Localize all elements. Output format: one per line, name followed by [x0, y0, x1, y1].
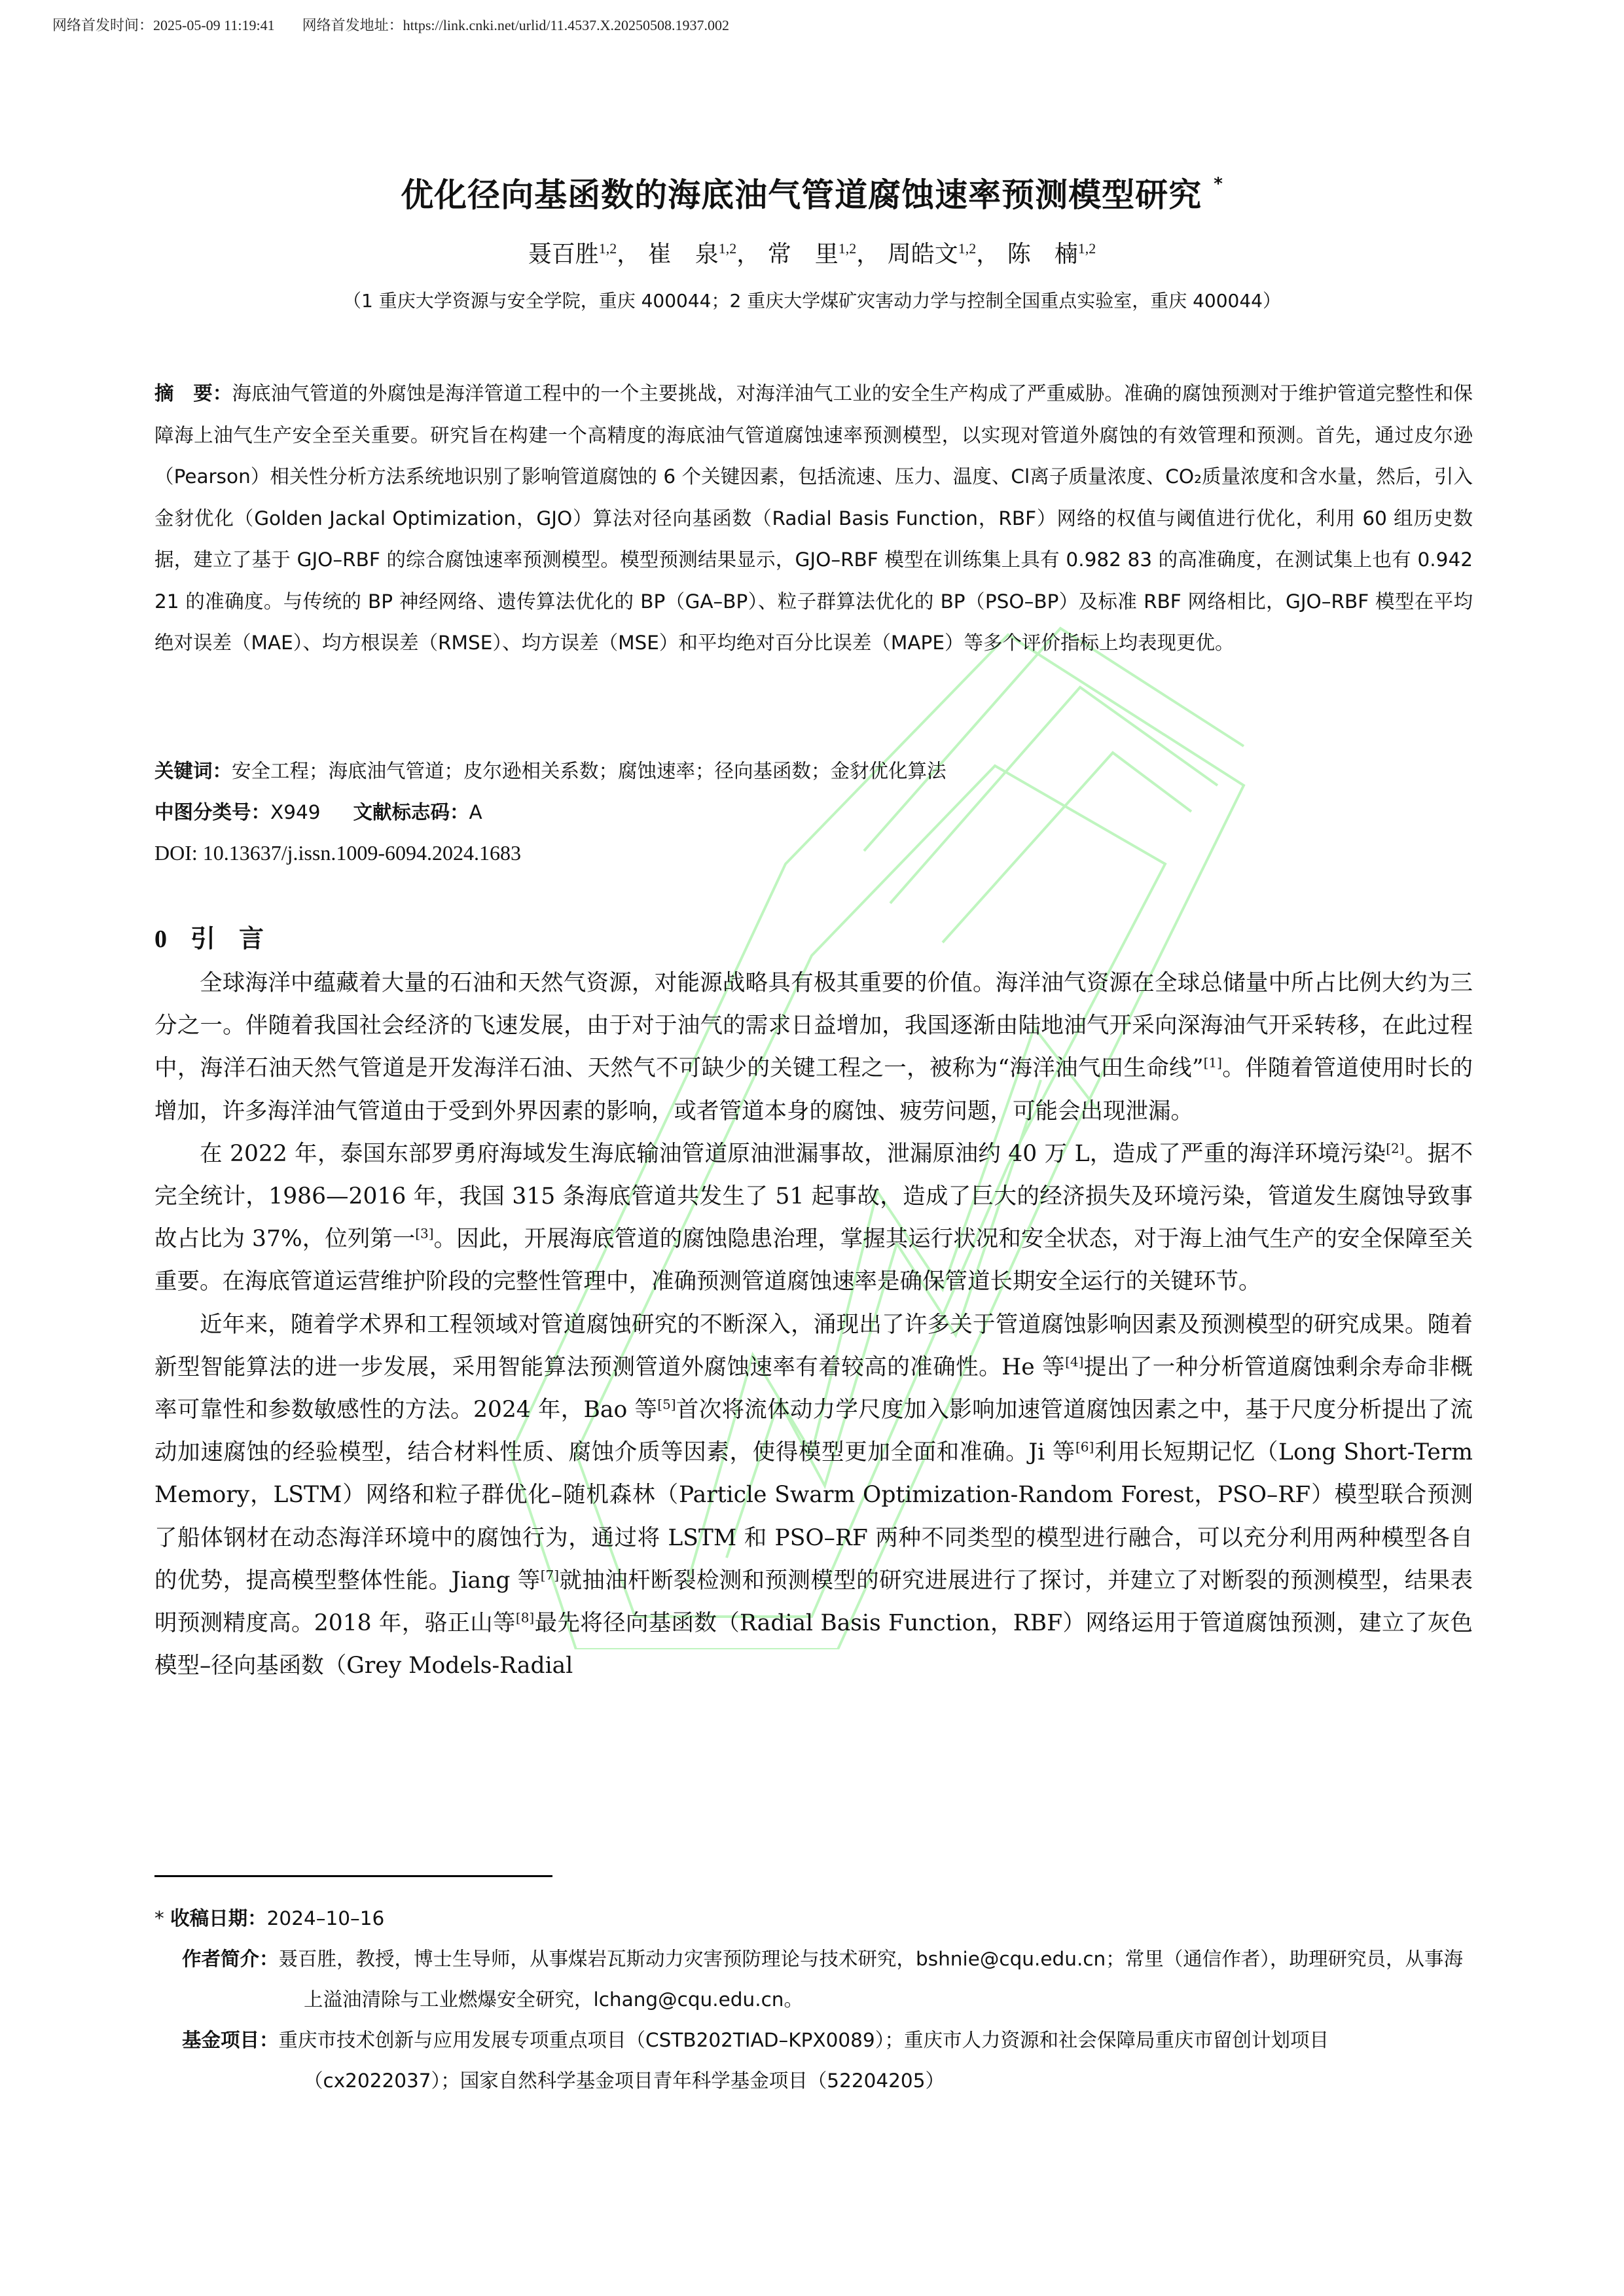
- funding: 基金项目：重庆市技术创新与应用发展专项重点项目（CSTB202TIAD–KPX0…: [154, 2020, 1473, 2101]
- doi[interactable]: DOI: 10.13637/j.issn.1009-6094.2024.1683: [154, 833, 1473, 874]
- clc-label: 中图分类号：: [154, 801, 270, 823]
- section-title: 引言: [190, 924, 287, 953]
- citation[interactable]: [5]: [657, 1397, 676, 1412]
- section-heading: 0引言: [154, 918, 287, 954]
- online-publication-header: 网络首发时间：2025-05-09 11:19:41网络首发地址：https:/…: [52, 14, 729, 35]
- citation[interactable]: [2]: [1386, 1140, 1404, 1156]
- title-text: 优化径向基函数的海底油气管道腐蚀速率预测模型研究: [401, 176, 1202, 214]
- author: 周皓文1,2: [888, 241, 977, 268]
- keywords-label: 关键词：: [154, 760, 232, 782]
- title-footnote-mark: *: [1214, 174, 1223, 194]
- online-time-label: 网络首发时间：: [52, 17, 153, 33]
- affiliations: （1 重庆大学资源与安全学院，重庆 400044；2 重庆大学煤矿灾害动力学与控…: [0, 287, 1624, 313]
- author: 常 里1,2: [768, 241, 857, 268]
- received-date: * 收稿日期：2024–10–16: [154, 1898, 1473, 1939]
- author-list: 聂百胜1,2， 崔 泉1,2， 常 里1,2， 周皓文1,2， 陈 楠1,2: [0, 236, 1624, 269]
- author-bio: 作者简介：聂百胜，教授，博士生导师，从事煤岩瓦斯动力灾害预防理论与技术研究，bs…: [154, 1939, 1473, 2020]
- online-url-value[interactable]: https://link.cnki.net/urlid/11.4537.X.20…: [403, 17, 729, 33]
- section-number: 0: [154, 925, 167, 953]
- doc-code-label: 文献标志码：: [353, 801, 469, 823]
- body-text: 全球海洋中蕴藏着大量的石油和天然气资源，对能源战略具有极其重要的价值。海洋油气资…: [154, 962, 1473, 1687]
- keywords-text: 安全工程；海底油气管道；皮尔逊相关系数；腐蚀速率；径向基函数；金豺优化算法: [232, 760, 947, 782]
- online-url-label: 网络首发地址：: [302, 17, 403, 33]
- classification: 中图分类号：X949文献标志码：A: [154, 792, 1473, 833]
- citation[interactable]: [8]: [516, 1610, 534, 1626]
- paragraph: 近年来，随着学术界和工程领域对管道腐蚀研究的不断深入，涌现出了许多关于管道腐蚀影…: [154, 1304, 1473, 1688]
- keywords: 关键词：安全工程；海底油气管道；皮尔逊相关系数；腐蚀速率；径向基函数；金豺优化算…: [154, 751, 1473, 792]
- author: 崔 泉1,2: [648, 241, 737, 268]
- author: 陈 楠1,2: [1007, 241, 1096, 268]
- paragraph: 全球海洋中蕴藏着大量的石油和天然气资源，对能源战略具有极其重要的价值。海洋油气资…: [154, 962, 1473, 1133]
- author: 聂百胜1,2: [528, 241, 617, 268]
- abstract: 摘 要：海底油气管道的外腐蚀是海洋管道工程中的一个主要挑战，对海洋油气工业的安全…: [154, 373, 1473, 664]
- clc-value: X949: [270, 801, 321, 823]
- citation[interactable]: [4]: [1065, 1354, 1083, 1369]
- citation[interactable]: [6]: [1075, 1439, 1094, 1455]
- citation[interactable]: [7]: [541, 1567, 559, 1583]
- online-time-value: 2025-05-09 11:19:41: [153, 17, 275, 33]
- citation[interactable]: [3]: [415, 1226, 433, 1242]
- citation[interactable]: [1]: [1204, 1055, 1222, 1071]
- footnotes: * 收稿日期：2024–10–16 作者简介：聂百胜，教授，博士生导师，从事煤岩…: [154, 1898, 1473, 2101]
- doc-code-value: A: [469, 801, 482, 823]
- abstract-label: 摘 要：: [154, 382, 232, 404]
- footnote-divider: [154, 1875, 552, 1877]
- paragraph: 在 2022 年，泰国东部罗勇府海域发生海底输油管道原油泄漏事故，泄漏原油约 4…: [154, 1133, 1473, 1304]
- abstract-text: 海底油气管道的外腐蚀是海洋管道工程中的一个主要挑战，对海洋油气工业的安全生产构成…: [154, 382, 1473, 654]
- paper-title: 优化径向基函数的海底油气管道腐蚀速率预测模型研究*: [0, 169, 1624, 216]
